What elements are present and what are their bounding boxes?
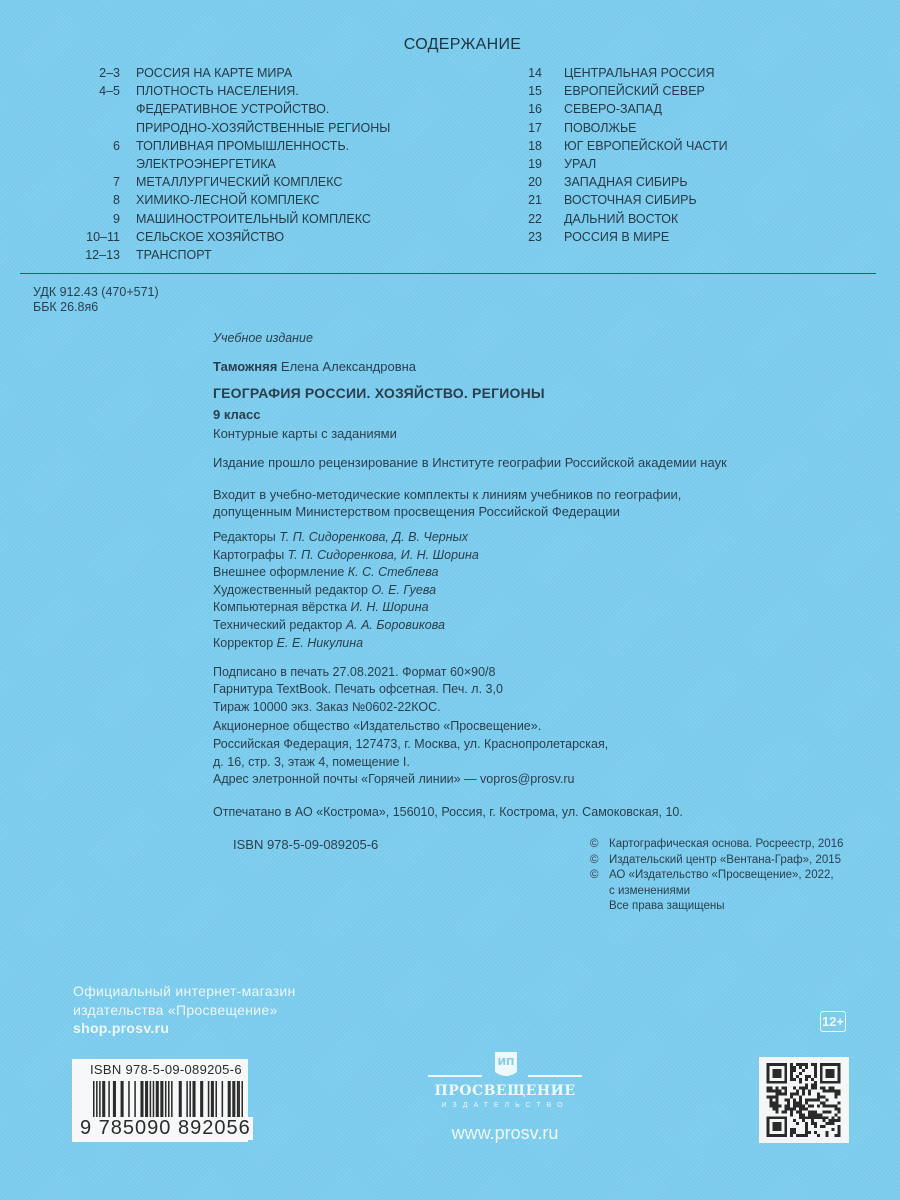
grade: 9 класс (213, 407, 260, 422)
contents-item: 18ЮГ ЕВРОПЕЙСКОЙ ЧАСТИ (520, 137, 728, 155)
contents-item-title: УРАЛ (564, 155, 596, 173)
contents-item: 10–11СЕЛЬСКОЕ ХОЗЯЙСТВО (80, 228, 390, 246)
contents-item: 23РОССИЯ В МИРЕ (520, 228, 728, 246)
shop-text: Официальный интернет-магазин (73, 982, 296, 1001)
contents-item-title: ЦЕНТРАЛЬНАЯ РОССИЯ (564, 64, 714, 82)
classification-codes: УДК 912.43 (470+571) ББК 26.8я6 (33, 285, 159, 315)
staff-names: Е. Е. Никулина (277, 636, 363, 650)
contents-page-number: 23 (520, 228, 564, 246)
publisher-line: Акционерное общество «Издательство «Прос… (213, 718, 608, 736)
contents-list-right: 14ЦЕНТРАЛЬНАЯ РОССИЯ15ЕВРОПЕЙСКИЙ СЕВЕР1… (520, 64, 728, 246)
contents-page-number: 22 (520, 210, 564, 228)
contents-page-number (80, 155, 136, 173)
udk-code: УДК 912.43 (470+571) (33, 285, 159, 300)
contents-page-number: 19 (520, 155, 564, 173)
staff-role: Редакторы (213, 530, 279, 544)
contents-item-title: ДАЛЬНИЙ ВОСТОК (564, 210, 678, 228)
contents-item: 20ЗАПАДНАЯ СИБИРЬ (520, 173, 728, 191)
contents-item: 14ЦЕНТРАЛЬНАЯ РОССИЯ (520, 64, 728, 82)
contents-item-title: ЮГ ЕВРОПЕЙСКОЙ ЧАСТИ (564, 137, 728, 155)
contents-item-title: МАШИНОСТРОИТЕЛЬНЫЙ КОМПЛЕКС (136, 210, 371, 228)
staff-names: Т. П. Сидоренкова, Д. В. Черных (279, 530, 468, 544)
staff-names: К. С. Стеблева (348, 565, 439, 579)
contents-item: 17ПОВОЛЖЬЕ (520, 119, 728, 137)
contents-item-title: МЕТАЛЛУРГИЧЕСКИЙ КОМПЛЕКС (136, 173, 342, 191)
section-divider (20, 273, 876, 274)
staff-credit: Внешнее оформление К. С. Стеблева (213, 564, 479, 582)
online-shop-info: Официальный интернет-магазин издательств… (73, 982, 296, 1038)
contents-item: 15ЕВРОПЕЙСКИЙ СЕВЕР (520, 82, 728, 100)
staff-role: Технический редактор (213, 618, 346, 632)
contents-page-number (80, 119, 136, 137)
staff-credit: Технический редактор А. А. Боровикова (213, 617, 479, 635)
staff-credits: Редакторы Т. П. Сидоренкова, Д. В. Черны… (213, 529, 479, 652)
contents-item-title: ЗАПАДНАЯ СИБИРЬ (564, 173, 688, 191)
contents-item-title: ФЕДЕРАТИВНОЕ УСТРОЙСТВО. (136, 100, 329, 118)
staff-names: И. Н. Шорина (350, 600, 428, 614)
publisher-line: Российская Федерация, 127473, г. Москва,… (213, 736, 608, 754)
staff-role: Картографы (213, 548, 288, 562)
copyright-block: ©Картографическая основа. Росреестр, 201… (590, 837, 843, 915)
contents-item: 8ХИМИКО-ЛЕСНОЙ КОМПЛЕКС (80, 191, 390, 209)
staff-credit: Художественный редактор О. Е. Гуева (213, 582, 479, 600)
staff-names: Т. П. Сидоренкова, И. Н. Шорина (288, 548, 479, 562)
logo-line-left (428, 1075, 482, 1077)
copyright-line: © АО «Издательство «Просвещение», 2022, (590, 868, 843, 884)
shop-link[interactable]: shop.prosv.ru (73, 1019, 296, 1038)
book-subtitle: Контурные карты с заданиями (213, 426, 397, 441)
contents-item: 21ВОСТОЧНАЯ СИБИРЬ (520, 191, 728, 209)
edition-type: Учебное издание (213, 331, 313, 345)
publisher-info: Акционерное общество «Издательство «Прос… (213, 718, 608, 789)
publisher-logo-icon: ИП (493, 1050, 519, 1080)
contents-item-title: ХИМИКО-ЛЕСНОЙ КОМПЛЕКС (136, 191, 320, 209)
contents-item-title: ТРАНСПОРТ (136, 246, 212, 264)
print-info-line: Тираж 10000 экз. Заказ №0602-22КОС. (213, 699, 503, 716)
contents-page-number: 17 (520, 119, 564, 137)
contents-item: 19УРАЛ (520, 155, 728, 173)
contents-page-number: 18 (520, 137, 564, 155)
age-rating-badge: 12+ (820, 1011, 846, 1032)
contents-page-number: 15 (520, 82, 564, 100)
contents-page-number: 21 (520, 191, 564, 209)
contents-page-number: 6 (80, 137, 136, 155)
contents-item-title: СЕЛЬСКОЕ ХОЗЯЙСТВО (136, 228, 284, 246)
contents-item-title: ПЛОТНОСТЬ НАСЕЛЕНИЯ. (136, 82, 299, 100)
staff-role: Корректор (213, 636, 277, 650)
contents-page-number: 10–11 (80, 228, 136, 246)
curriculum-note-line: Входит в учебно-методические комплекты к… (213, 486, 681, 503)
staff-names: О. Е. Гуева (371, 583, 436, 597)
contents-item-title: ПОВОЛЖЬЕ (564, 119, 637, 137)
contents-page-number: 9 (80, 210, 136, 228)
staff-credit: Картографы Т. П. Сидоренкова, И. Н. Шори… (213, 547, 479, 565)
publisher-line: Адрес элетронной почты «Горячей линии» —… (213, 771, 608, 789)
author-given-names: Елена Александровна (277, 359, 416, 374)
contents-item: 9МАШИНОСТРОИТЕЛЬНЫЙ КОМПЛЕКС (80, 210, 390, 228)
qr-code-icon[interactable] (765, 1063, 842, 1137)
publisher-line: д. 16, стр. 3, этаж 4, помещение I. (213, 754, 608, 772)
contents-page-number (80, 100, 136, 118)
contents-item-title: ТОПЛИВНАЯ ПРОМЫШЛЕННОСТЬ. (136, 137, 349, 155)
contents-item: ПРИРОДНО-ХОЗЯЙСТВЕННЫЕ РЕГИОНЫ (80, 119, 390, 137)
print-info: Подписано в печать 27.08.2021. Формат 60… (213, 664, 503, 716)
contents-page-number: 7 (80, 173, 136, 191)
staff-names: А. А. Боровикова (346, 618, 445, 632)
svg-text:ИП: ИП (498, 1057, 515, 1068)
review-note: Издание прошло рецензирование в Институт… (213, 455, 727, 470)
contents-page-number: 8 (80, 191, 136, 209)
printer-info: Отпечатано в АО «Кострома», 156010, Росс… (213, 805, 683, 819)
contents-item-title: ПРИРОДНО-ХОЗЯЙСТВЕННЫЕ РЕГИОНЫ (136, 119, 390, 137)
copyright-icon: © (590, 837, 609, 853)
contents-item-title: ЭЛЕКТРОЭНЕРГЕТИКА (136, 155, 276, 173)
book-title: ГЕОГРАФИЯ РОССИИ. ХОЗЯЙСТВО. РЕГИОНЫ (213, 385, 545, 401)
contents-item: 4–5ПЛОТНОСТЬ НАСЕЛЕНИЯ. (80, 82, 390, 100)
contents-item: 6ТОПЛИВНАЯ ПРОМЫШЛЕННОСТЬ. (80, 137, 390, 155)
contents-item: 12–13ТРАНСПОРТ (80, 246, 390, 264)
contents-item-title: СЕВЕРО-ЗАПАД (564, 100, 662, 118)
staff-role: Художественный редактор (213, 583, 371, 597)
contents-list-left: 2–3РОССИЯ НА КАРТЕ МИРА4–5ПЛОТНОСТЬ НАСЕ… (80, 64, 390, 264)
staff-credit: Компьютерная вёрстка И. Н. Шорина (213, 599, 479, 617)
contents-page-number: 16 (520, 100, 564, 118)
logo-line-right (528, 1075, 582, 1077)
contents-item: 7МЕТАЛЛУРГИЧЕСКИЙ КОМПЛЕКС (80, 173, 390, 191)
contents-item: 2–3РОССИЯ НА КАРТЕ МИРА (80, 64, 390, 82)
contents-page-number: 2–3 (80, 64, 136, 82)
author: Таможняя Елена Александровна (213, 359, 416, 374)
contents-item-title: РОССИЯ НА КАРТЕ МИРА (136, 64, 292, 82)
copyright-icon: © (590, 853, 609, 869)
staff-credit: Редакторы Т. П. Сидоренкова, Д. В. Черны… (213, 529, 479, 547)
staff-role: Внешнее оформление (213, 565, 348, 579)
contents-page-number: 4–5 (80, 82, 136, 100)
contents-page-number: 20 (520, 173, 564, 191)
contents-title: СОДЕРЖАНИЕ (0, 36, 900, 54)
contents-item: ЭЛЕКТРОЭНЕРГЕТИКА (80, 155, 390, 173)
contents-page-number: 12–13 (80, 246, 136, 264)
contents-page-number: 14 (520, 64, 564, 82)
isbn: ISBN 978-5-09-089205-6 (233, 837, 378, 852)
print-info-line: Подписано в печать 27.08.2021. Формат 60… (213, 664, 503, 681)
copyright-line: с изменениями (590, 884, 843, 900)
copyright-line: ©Издательский центр «Вентана-Граф», 2015 (590, 853, 843, 869)
barcode-isbn: ISBN 978-5-09-089205-6 (90, 1062, 242, 1077)
copyright-icon: © (590, 868, 609, 884)
print-info-line: Гарнитура TextBook. Печать офсетная. Печ… (213, 681, 503, 698)
curriculum-note-line: допущенным Министерством просвещения Рос… (213, 503, 681, 520)
contents-item: 16СЕВЕРО-ЗАПАД (520, 100, 728, 118)
contents-item: ФЕДЕРАТИВНОЕ УСТРОЙСТВО. (80, 100, 390, 118)
copyright-icon (590, 884, 609, 900)
bbk-code: ББК 26.8я6 (33, 300, 159, 315)
contents-item-title: ЕВРОПЕЙСКИЙ СЕВЕР (564, 82, 705, 100)
contents-item-title: ВОСТОЧНАЯ СИБИРЬ (564, 191, 697, 209)
contents-item-title: РОССИЯ В МИРЕ (564, 228, 669, 246)
curriculum-note: Входит в учебно-методические комплекты к… (213, 486, 681, 520)
staff-credit: Корректор Е. Е. Никулина (213, 635, 479, 653)
contents-item: 22ДАЛЬНИЙ ВОСТОК (520, 210, 728, 228)
shop-text: издательства «Просвещение» (73, 1001, 296, 1020)
staff-role: Компьютерная вёрстка (213, 600, 350, 614)
author-surname: Таможняя (213, 359, 277, 374)
copyright-line: ©Картографическая основа. Росреестр, 201… (590, 837, 843, 853)
rights-reserved: Все права защищены (590, 899, 843, 915)
